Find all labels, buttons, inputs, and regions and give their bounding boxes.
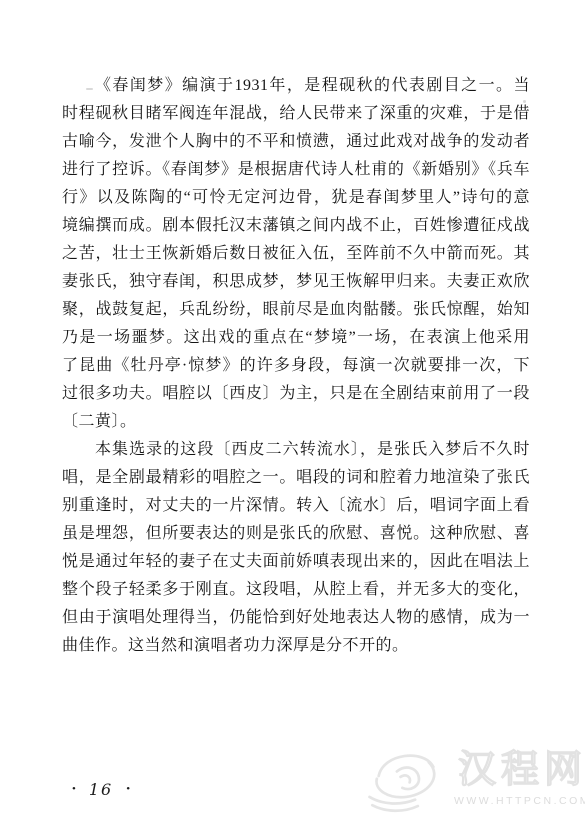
text-line: 悦是通过年轻的妻子在丈夫面前娇嗔表现出来的，因此在唱法上 xyxy=(62,548,530,576)
text-line: 进行了控诉。《春闺梦》是根据唐代诗人杜甫的《新婚别》《兵车 xyxy=(62,156,530,184)
dragon-swirl-logo-icon xyxy=(360,735,452,822)
text-line: 时程砚秋目睹军阀连年混战，给人民带来了深重的灾难，于是借 xyxy=(62,100,530,128)
text-line: 乃是一场噩梦。这出戏的重点在“梦境”一场，在表演上他采用 xyxy=(62,324,530,352)
text-line: 了昆曲《牡丹亭·惊梦》的许多身段，每演一次就要排一次，下 xyxy=(62,352,530,380)
page-text: 《春闺梦》编演于1931年，是程砚秋的代表剧目之一。当时程砚秋目睹军阀连年混战，… xyxy=(62,72,530,660)
text-line: 聚，战鼓复起，兵乱纷纷，眼前尽是血肉骷髅。张氏惊醒，始知 xyxy=(62,296,530,324)
footer-bullet-left: • xyxy=(72,784,76,795)
text-line: 唱，是全剧最精彩的唱腔之一。唱段的词和腔着力地渲染了张氏久 xyxy=(62,464,530,492)
text-line: 〔二黄〕。 xyxy=(62,408,530,436)
text-line: 曲佳作。这当然和演唱者功力深厚是分不开的。 xyxy=(62,632,530,660)
text-line: 古喻今，发泄个人胸中的不平和愤懑，通过此戏对战争的发动者 xyxy=(62,128,530,156)
text-line: 妻张氏，独守春闺，积思成梦，梦见王恢解甲归来。夫妻正欢欣重 xyxy=(62,268,530,296)
page-footer: • 16 • xyxy=(72,780,130,799)
watermark-site-url: WWW.HTTPCN.COM xyxy=(454,795,585,807)
watermark-site-name: 汉程网 xyxy=(458,750,585,792)
page-number: 16 xyxy=(89,780,113,799)
footer-bullet-right: • xyxy=(126,784,130,795)
text-line: 过很多功夫。唱腔以〔西皮〕为主，只是在全剧结束前用了一段 xyxy=(62,380,530,408)
text-line: 境编撰而成。剧本假托汉末藩镇之间内战不止，百姓惨遭征戍战乱 xyxy=(62,212,530,240)
text-line: 《春闺梦》编演于1931年，是程砚秋的代表剧目之一。当 xyxy=(62,72,530,100)
text-line: 之苦，壮士王恢新婚后数日被征入伍，至阵前不久中箭而死。其 xyxy=(62,240,530,268)
watermark-text: 汉程网 WWW.HTTPCN.COM xyxy=(454,750,585,807)
text-line: 虽是埋怨，但所要表达的则是张氏的欣慰、喜悦。这种欣慰、喜 xyxy=(62,520,530,548)
text-line: 别重逢时，对丈夫的一片深情。转入〔流水〕后，唱词字面上看去 xyxy=(62,492,530,520)
watermark: 汉程网 WWW.HTTPCN.COM xyxy=(360,735,585,822)
book-page: 《春闺梦》编演于1931年，是程砚秋的代表剧目之一。当时程砚秋目睹军阀连年混战，… xyxy=(0,0,585,830)
text-line: 整个段子轻柔多于刚直。这段唱，从腔上看，并无多大的变化， xyxy=(62,576,530,604)
text-line: 本集选录的这段〔西皮二六转流水〕，是张氏入梦后不久时所 xyxy=(62,436,530,464)
text-line: 但由于演唱处理得当，仍能恰到好处地表达人物的感情，成为一 xyxy=(62,604,530,632)
text-line: 行》以及陈陶的“可怜无定河边骨，犹是春闺梦里人”诗句的意 xyxy=(62,184,530,212)
